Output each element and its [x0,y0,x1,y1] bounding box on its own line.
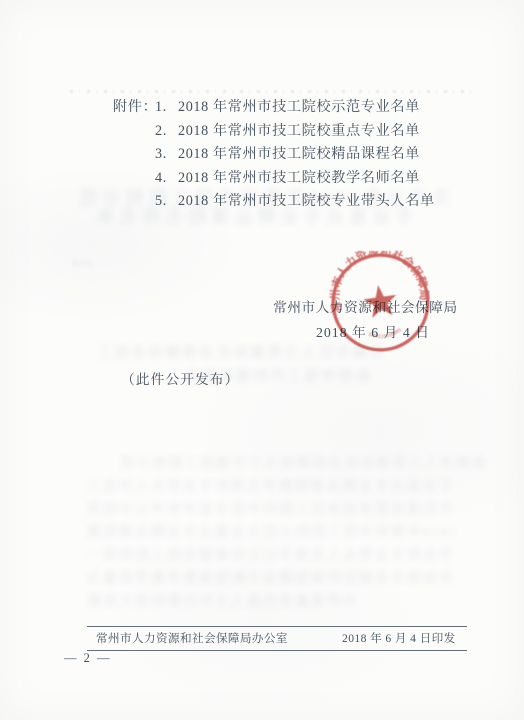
attachments-label: 附件： [113,96,155,120]
bleedthrough-text: 学名师专业带头人名单予以公布希望各技工院校进一 [85,544,453,565]
bleedthrough-text: 2018 [72,258,94,270]
attachment-number: 5. [155,190,178,214]
scan-noise-line [70,90,472,93]
bleedthrough-text: 2018年常州市技工院校示范专业重点专业精品课程教 [85,521,456,542]
footer-rule-top [87,626,467,627]
attachment-number: 1. [155,96,178,120]
footer-print-date: 2018 年 6 月 4 日印发 [342,630,456,646]
public-release-notice: （此件公开发布） [121,368,239,388]
svg-text:3204115100985: 3204115100985 [366,326,404,342]
attachment-number: 4. [155,167,178,191]
seal-code: 3204115100985 [366,326,404,342]
attachments-list: 附件： 1. 2018 年常州市技工院校示范专业名单 2. 2018 年常州市技… [113,96,435,214]
scanned-document-page: 关于公布2018年常州市技工院校示范 专业重点专业精品课程名师名单 2018 各… [0,0,524,720]
bleedthrough-text: 专业重点专业精品课程教学名师和专业带头人评选工 [85,475,453,496]
footer-office: 常州市人力资源和社会保障局办公室 [96,630,288,646]
attachment-title: 2018 年常州市技工院校专业带头人名单 [178,190,435,214]
seal-star-icon [362,283,399,319]
page-number: — 2 — [64,651,112,666]
bleedthrough-text: 根据市人力资源和社会保障局关于开展技工院校示范 [118,452,486,473]
attachment-item: 5. 2018 年常州市技工院校专业带头人名单 [113,190,435,214]
bleedthrough-text: 培养高素质技能人才作出新的更大贡献 [85,590,357,611]
attachment-title: 2018 年常州市技工院校精品课程名单 [178,143,420,167]
attachment-number: 3. [155,143,178,167]
attachment-title: 2018 年常州市技工院校教学名师名单 [178,167,420,191]
attachment-item: 附件： 1. 2018 年常州市技工院校示范专业名单 [113,96,435,120]
bleedthrough-text: 作的通知要求经各技工院校申报专家评审并公示现将 [85,498,453,519]
attachment-item: 4. 2018 年常州市技工院校教学名师名单 [113,167,435,191]
attachment-number: 2. [155,120,178,144]
attachment-title: 2018 年常州市技工院校示范专业名单 [178,96,420,120]
attachment-item: 3. 2018 年常州市技工院校精品课程名单 [113,143,435,167]
bleedthrough-text: 步加强专业建设和课程建设不断提高教育教学质量为 [85,567,453,588]
attachment-title: 2018 年常州市技工院校重点专业名单 [178,120,420,144]
official-seal: 常州市人力资源和社会保障局 3204115100985 [329,251,432,354]
attachment-item: 2. 2018 年常州市技工院校重点专业名单 [113,120,435,144]
footer-rule-bottom [87,650,467,651]
